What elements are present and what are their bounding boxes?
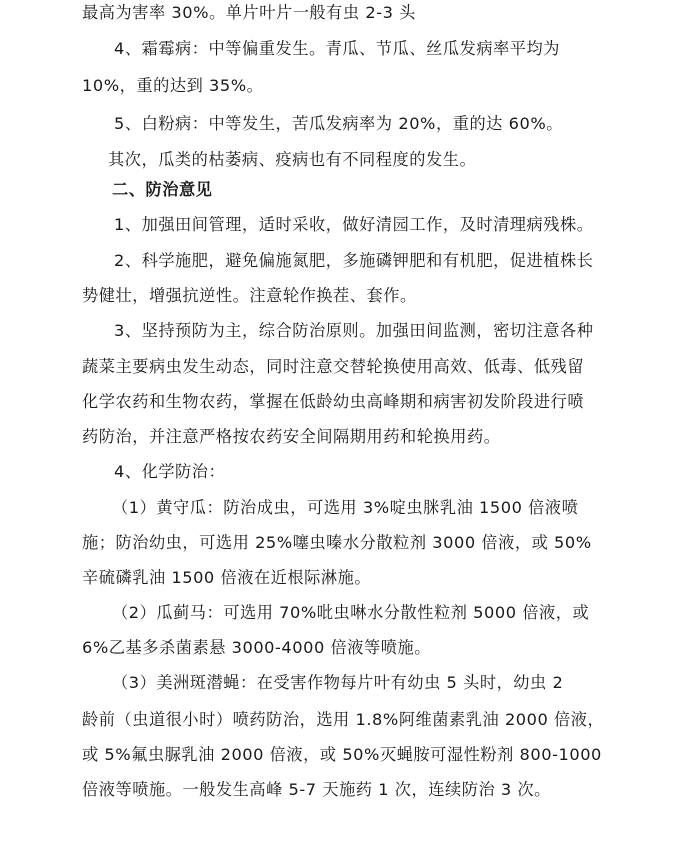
paragraph-line: 6%乙基多杀菌素悬 3000-4000 倍液等喷施。 [82,637,431,659]
paragraph-line: 倍液等喷施。一般发生高峰 5-7 天施药 1 次，连续防治 3 次。 [82,779,551,801]
paragraph-line: 其次，瓜类的枯萎病、疫病也有不同程度的发生。 [108,149,476,171]
paragraph-line: 4、化学防治： [114,461,225,483]
paragraph-line: 2、科学施肥，避免偏施氮肥，多施磷钾肥和有机肥，促进植株长 [114,250,594,272]
paragraph-line: 势健壮，增强抗逆性。注意轮作换茬、套作。 [82,285,417,307]
paragraph-line: 化学农药和生物农药，掌握在低龄幼虫高峰期和病害初发阶段进行喷 [82,391,584,413]
paragraph-line: 或 5%氟虫脲乳油 2000 倍液，或 50%灭蝇胺可湿性粉剂 800-1000 [82,744,602,766]
paragraph-line: 龄前（虫道很小时）喷药防治，选用 1.8%阿维菌素乳油 2000 倍液， [82,709,604,731]
paragraph-line: 施；防治幼虫，可选用 25%噻虫嗪水分散粒剂 3000 倍液，或 50% [82,532,592,554]
paragraph-line: 1、加强田间管理，适时采收，做好清园工作，及时清理病残株。 [114,214,594,236]
paragraph-line: （1）黄守瓜：防治成虫，可选用 3%啶虫脒乳油 1500 倍液喷 [112,497,578,519]
paragraph-line: （2）瓜蓟马：可选用 70%吡虫啉水分散性粒剂 5000 倍液，或 [112,602,589,624]
paragraph-line: 3、坚持预防为主，综合防治原则。加强田间监测，密切注意各种 [114,320,594,342]
document-page: 最高为害率 30%。单片叶片一般有虫 2-3 头 4、霜霉病：中等偏重发生。青瓜… [0,0,700,844]
paragraph-line: 5、白粉病：中等发生，苦瓜发病率为 20%，重的达 60%。 [114,113,563,135]
section-heading: 二、防治意见 [112,179,212,201]
paragraph-line: 药防治，并注意严格按农药安全间隔期用药和轮换用药。 [82,426,500,448]
paragraph-line: （3）美洲斑潜蝇：在受害作物每片叶有幼虫 5 头时，幼虫 2 [112,672,563,694]
paragraph-line: 蔬菜主要病虫发生动态，同时注意交替轮换使用高效、低毒、低残留 [82,356,584,378]
paragraph-line: 4、霜霉病：中等偏重发生。青瓜、节瓜、丝瓜发病率平均为 [114,38,560,60]
paragraph-line: 10%，重的达到 35%。 [82,75,263,97]
paragraph-line: 最高为害率 30%。单片叶片一般有虫 2-3 头 [82,2,416,24]
paragraph-line: 辛硫磷乳油 1500 倍液在近根际淋施。 [82,567,371,589]
